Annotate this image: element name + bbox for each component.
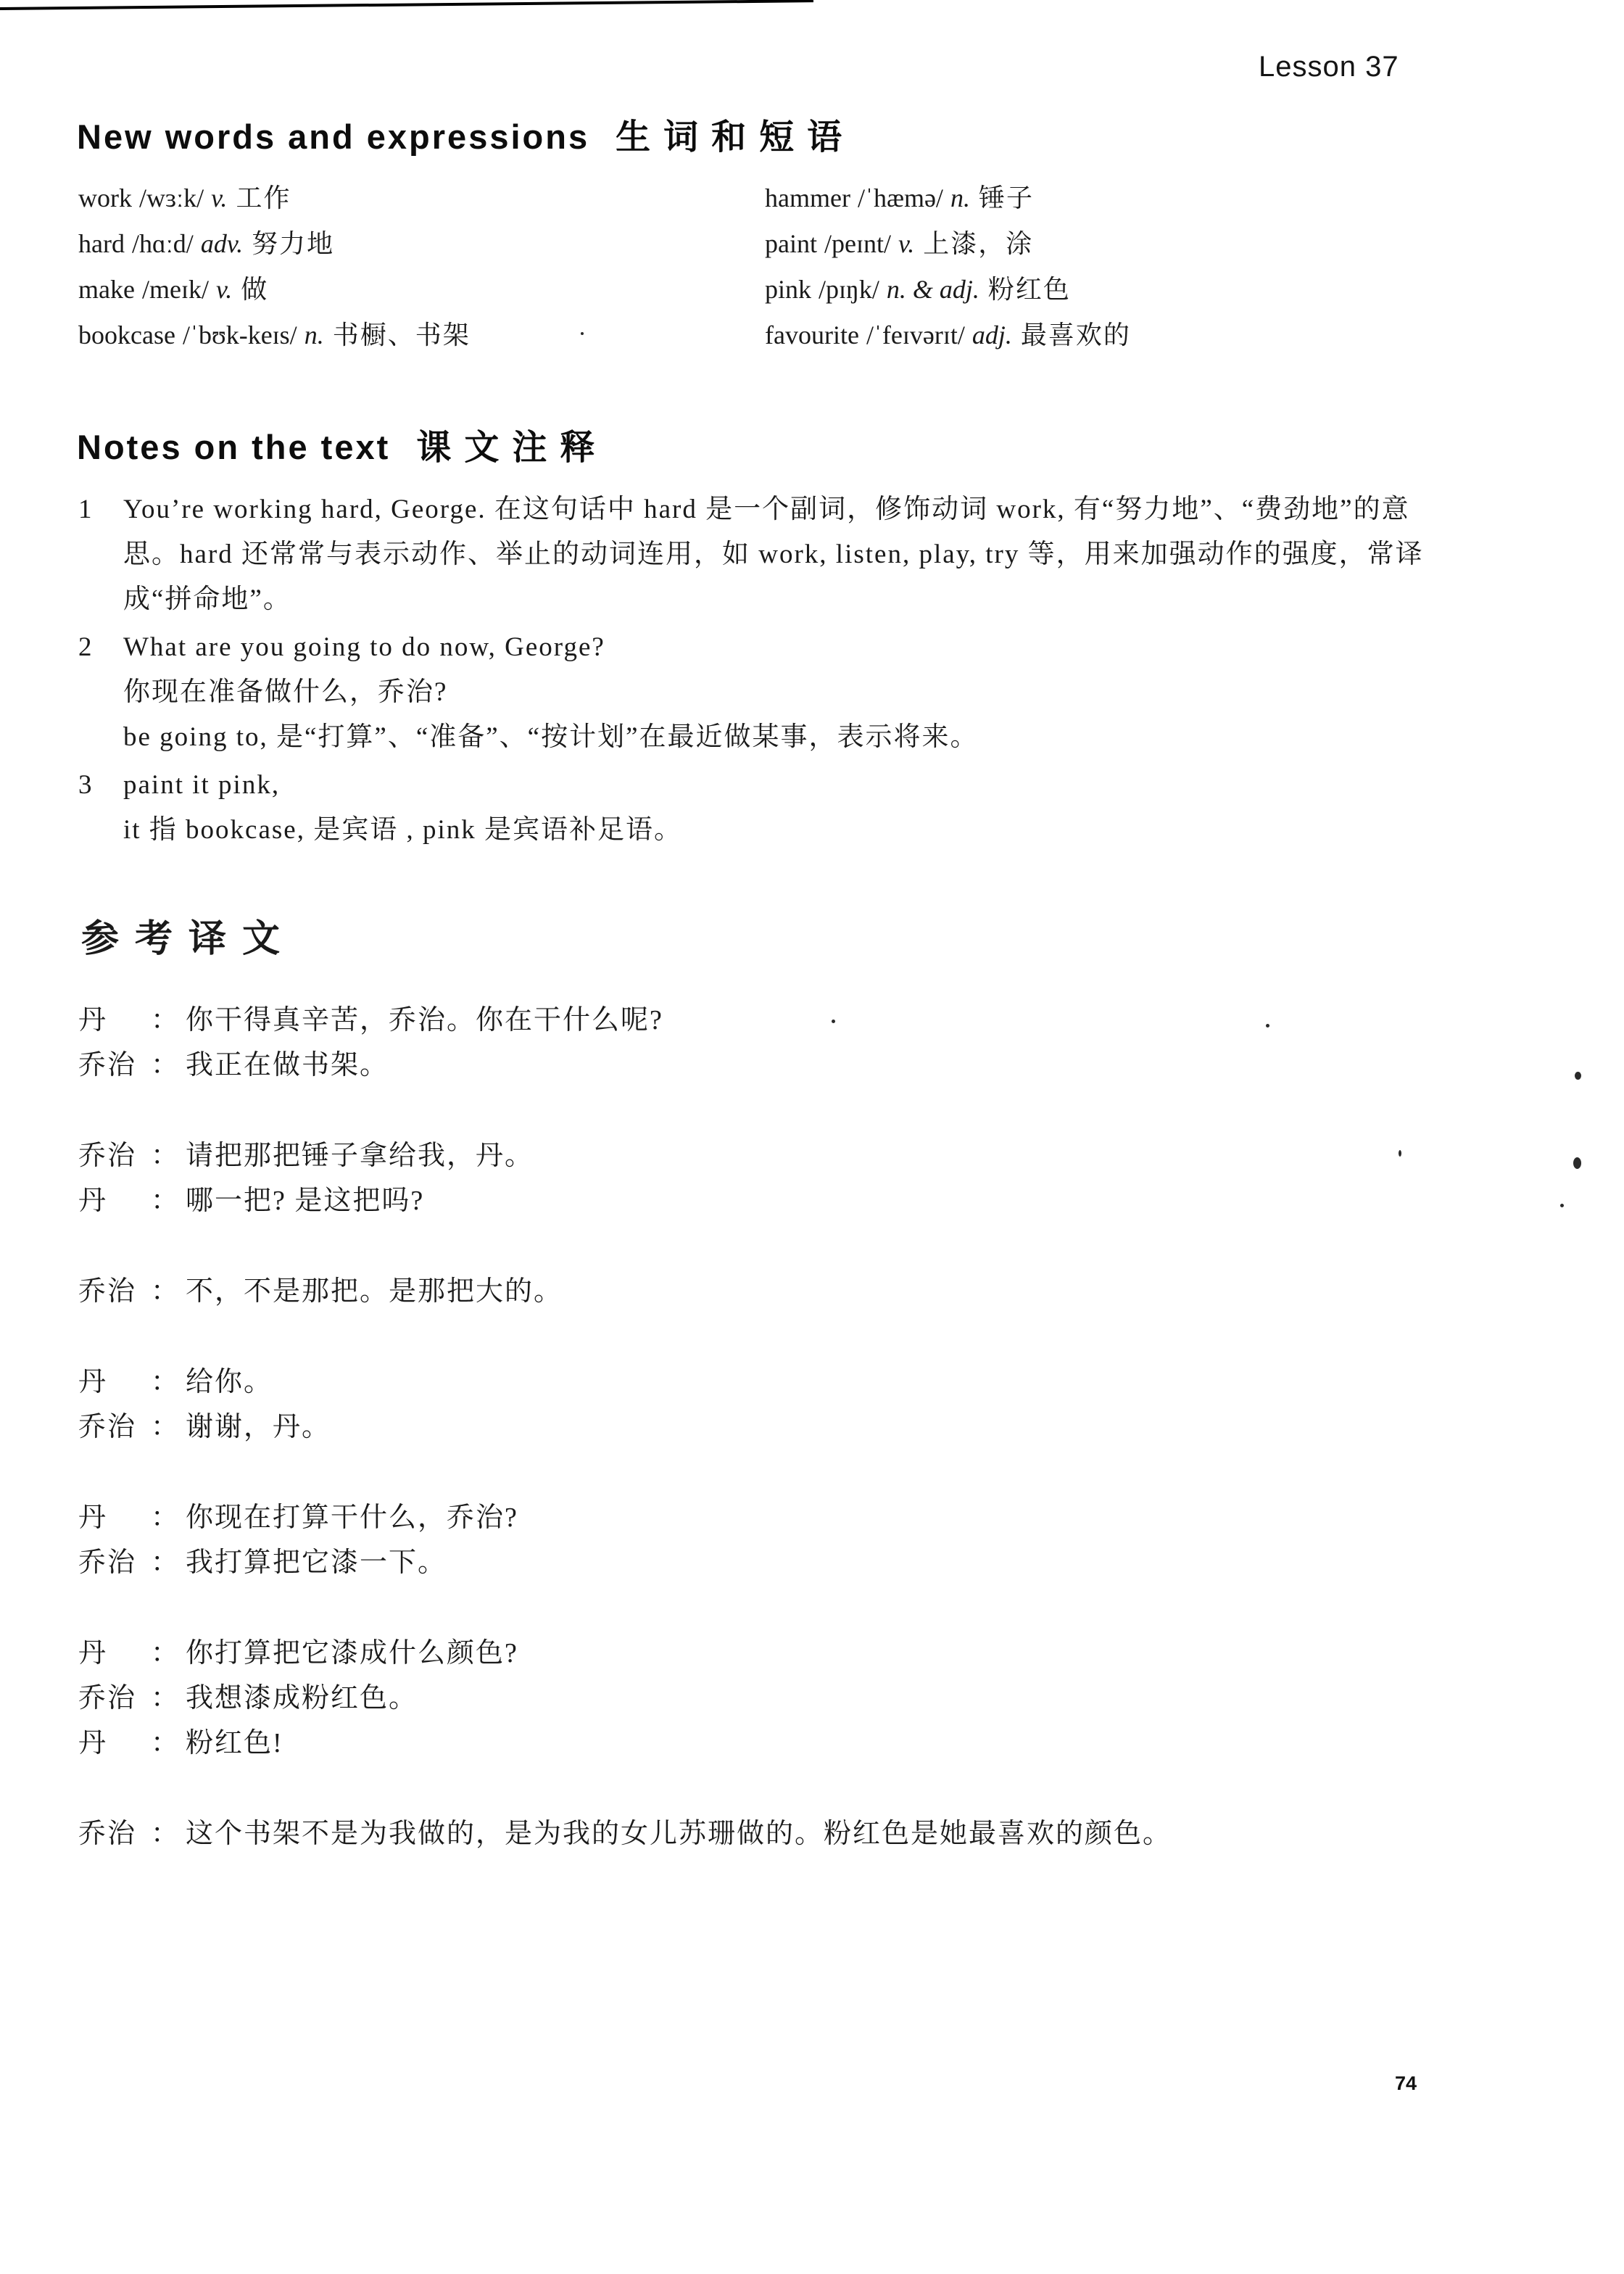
note-text: 你现在准备做什么，乔治? [123,670,1456,715]
note-number: 1 [78,487,123,622]
notes-heading-cn: 课文注释 [416,429,608,467]
dialogue-colon: ： [151,1269,186,1314]
page-number: 74 [1395,2072,1417,2095]
dialogue-colon: ： [151,1178,186,1223]
dialogue-colon: ： [151,1495,186,1540]
scan-edge-artifact [0,0,813,10]
notes-list: 1 You’re working hard, George. 在这句话中 har… [78,484,1456,853]
vocab-meaning: 努力地 [252,229,334,258]
new-words-heading-en: New words and expressions [77,117,589,156]
translation-dialogue: 丹：你干得真辛苦，乔治。你在干什么呢? 乔治：我正在做书架。 乔治：请把那把锤子… [78,998,1521,1902]
vocab-entry-favourite: favourite/ˈfeɪvərɪt/adj.最喜欢的 [765,313,1131,358]
dialogue-text: 这个书架不是为我做的，是为我的女儿苏珊做的。粉红色是她最喜欢的颜色。 [186,1811,1521,1856]
dialogue-line: 丹：你现在打算干什么，乔治? [78,1495,1521,1540]
dialogue-line: 乔治：我想漆成粉红色。 [78,1676,1521,1721]
dialogue-line: 乔治：我正在做书架。 [78,1043,1521,1088]
vocab-word: paint [765,229,817,258]
vocab-word: bookcase [78,321,175,350]
vocab-phonetic: /peɪnt/ [824,229,891,258]
vocab-pos: n. & adj. [887,275,979,304]
dialogue-colon: ： [151,1721,186,1766]
dialogue-text: 给你。 [186,1360,1521,1405]
lesson-number: Lesson 37 [1259,51,1399,83]
dialogue-text: 你干得真辛苦，乔治。你在干什么呢? [186,998,1521,1043]
vocab-phonetic: /wɜːk/ [139,183,204,212]
translation-heading: 参考译文 [81,908,296,962]
vocab-word: work [78,183,132,212]
vocab-word: pink [765,275,811,304]
vocab-phonetic: /hɑːd/ [132,229,194,258]
vocab-pos: v. [211,183,227,212]
vocab-phonetic: /ˈhæmə/ [858,183,943,212]
vocab-phonetic: /meɪk/ [142,275,209,304]
vocab-meaning: 做 [241,275,268,304]
dialogue-line: 丹：哪一把? 是这把吗? [78,1178,1521,1223]
scan-speck [1399,1150,1401,1157]
dialogue-line: 丹：你打算把它漆成什么颜色? [78,1631,1521,1676]
dialogue-speaker: 丹 [78,1631,151,1676]
dialogue-speaker: 丹 [78,1360,151,1405]
dialogue-colon: ： [151,1811,186,1856]
dialogue-speaker: 丹 [78,1495,151,1540]
vocab-pos: n. [304,321,324,350]
vocab-phonetic: /ˈfeɪvərɪt/ [866,321,965,350]
note-number: 3 [78,763,123,853]
vocab-word: favourite [765,321,859,350]
dialogue-speaker: 乔治 [78,1676,151,1721]
dialogue-colon: ： [151,1360,186,1405]
dialogue-block: 丹：你打算把它漆成什么颜色? 乔治：我想漆成粉红色。 丹：粉红色! [78,1631,1521,1766]
vocab-word: hammer [765,183,850,212]
dialogue-line: 乔治：我打算把它漆一下。 [78,1540,1521,1585]
notes-heading-en: Notes on the text [77,428,390,466]
note-text: paint it pink, [123,763,1456,808]
dialogue-speaker: 乔治 [78,1540,151,1585]
dialogue-line: 丹：粉红色! [78,1721,1521,1766]
dialogue-colon: ： [151,1631,186,1676]
vocab-meaning: 粉红色 [988,275,1071,304]
note-number: 2 [78,625,123,760]
dialogue-colon: ： [151,1133,186,1178]
dialogue-colon: ： [151,1540,186,1585]
dialogue-text: 不，不是那把。是那把大的。 [186,1269,1521,1314]
note-text: it 指 bookcase, 是宾语 , pink 是宾语补足语。 [123,808,1456,853]
note-text: What are you going to do now, George? [123,625,1456,670]
dialogue-text: 我想漆成粉红色。 [186,1676,1521,1721]
dialogue-speaker: 乔治 [78,1043,151,1088]
dialogue-block: 乔治：请把那把锤子拿给我，丹。 丹：哪一把? 是这把吗? [78,1133,1521,1223]
vocab-entry-hammer: hammer/ˈhæmə/n.锤子 [765,175,1131,221]
vocab-entry-bookcase: bookcase/ˈbʊk-keɪs/n.书橱、书架 [78,313,471,358]
textbook-page: Lesson 37 New words and expressions 生词和短… [0,0,1624,2274]
notes-heading: Notes on the text 课文注释 [77,419,608,469]
dialogue-speaker: 乔治 [78,1405,151,1450]
vocab-meaning: 上漆，涂 [923,229,1033,258]
dialogue-speaker: 乔治 [78,1811,151,1856]
dialogue-text: 我打算把它漆一下。 [186,1540,1521,1585]
vocabulary-left-column: work/wɜːk/v.工作 hard/hɑːd/adv.努力地 make/me… [78,175,471,358]
vocab-word: make [78,275,135,304]
note-body: paint it pink, it 指 bookcase, 是宾语 , pink… [123,763,1456,853]
dialogue-text: 我正在做书架。 [186,1043,1521,1088]
scan-speck [832,1020,835,1023]
vocab-pos: v. [898,229,914,258]
vocab-meaning: 最喜欢的 [1021,321,1131,350]
dialogue-text: 你现在打算干什么，乔治? [186,1495,1521,1540]
dialogue-colon: ： [151,998,186,1043]
vocab-entry-pink: pink/pɪŋk/n. & adj.粉红色 [765,267,1131,313]
vocabulary-right-column: hammer/ˈhæmə/n.锤子 paint/peɪnt/v.上漆，涂 pin… [765,175,1131,358]
vocab-entry-paint: paint/peɪnt/v.上漆，涂 [765,221,1131,267]
note-text: You’re working hard, George. 在这句话中 hard … [123,487,1456,622]
vocab-pos: v. [216,275,232,304]
scan-speck [1560,1204,1564,1207]
dialogue-block: 乔治：这个书架不是为我做的，是为我的女儿苏珊做的。粉红色是她最喜欢的颜色。 [78,1811,1521,1856]
note-body: You’re working hard, George. 在这句话中 hard … [123,487,1456,622]
dialogue-colon: ： [151,1405,186,1450]
new-words-heading-cn: 生词和短语 [616,118,855,157]
vocab-word: hard [78,229,125,258]
new-words-heading: New words and expressions 生词和短语 [77,109,855,159]
dialogue-line: 丹：你干得真辛苦，乔治。你在干什么呢? [78,998,1521,1043]
dialogue-line: 丹：给你。 [78,1360,1521,1405]
vocab-entry-make: make/meɪk/v.做 [78,267,471,313]
note-text: be going to, 是“打算”、“准备”、“按计划”在最近做某事，表示将来… [123,715,1456,760]
vocab-phonetic: /pɪŋk/ [819,275,879,304]
note-body: What are you going to do now, George? 你现… [123,625,1456,760]
dialogue-speaker: 丹 [78,1721,151,1766]
vocab-meaning: 书橱、书架 [333,321,471,350]
scan-speck [581,332,584,335]
dialogue-block: 丹：你现在打算干什么，乔治? 乔治：我打算把它漆一下。 [78,1495,1521,1585]
dialogue-line: 乔治：请把那把锤子拿给我，丹。 [78,1133,1521,1178]
dialogue-text: 请把那把锤子拿给我，丹。 [186,1133,1521,1178]
vocab-pos: adv. [201,229,243,258]
note-item-1: 1 You’re working hard, George. 在这句话中 har… [78,487,1456,622]
scan-speck [1575,1072,1581,1080]
dialogue-line: 乔治：这个书架不是为我做的，是为我的女儿苏珊做的。粉红色是她最喜欢的颜色。 [78,1811,1521,1856]
note-item-3: 3 paint it pink, it 指 bookcase, 是宾语 , pi… [78,763,1456,853]
vocab-entry-work: work/wɜːk/v.工作 [78,175,471,221]
dialogue-text: 你打算把它漆成什么颜色? [186,1631,1521,1676]
dialogue-colon: ： [151,1676,186,1721]
vocab-pos: n. [950,183,970,212]
scan-speck [1266,1024,1269,1028]
dialogue-text: 哪一把? 是这把吗? [186,1178,1521,1223]
dialogue-colon: ： [151,1043,186,1088]
vocab-pos: adj. [972,321,1012,350]
dialogue-text: 谢谢，丹。 [186,1405,1521,1450]
scan-speck [1573,1157,1581,1169]
vocab-meaning: 锤子 [979,183,1034,212]
dialogue-block: 乔治：不，不是那把。是那把大的。 [78,1269,1521,1314]
dialogue-block: 丹：你干得真辛苦，乔治。你在干什么呢? 乔治：我正在做书架。 [78,998,1521,1088]
note-item-2: 2 What are you going to do now, George? … [78,625,1456,760]
vocab-entry-hard: hard/hɑːd/adv.努力地 [78,221,471,267]
vocab-phonetic: /ˈbʊk-keɪs/ [183,321,297,350]
dialogue-speaker: 乔治 [78,1269,151,1314]
dialogue-text: 粉红色! [186,1721,1521,1766]
vocab-meaning: 工作 [236,183,291,212]
dialogue-speaker: 丹 [78,1178,151,1223]
dialogue-line: 乔治：谢谢，丹。 [78,1405,1521,1450]
dialogue-line: 乔治：不，不是那把。是那把大的。 [78,1269,1521,1314]
dialogue-speaker: 乔治 [78,1133,151,1178]
dialogue-block: 丹：给你。 乔治：谢谢，丹。 [78,1360,1521,1450]
dialogue-speaker: 丹 [78,998,151,1043]
